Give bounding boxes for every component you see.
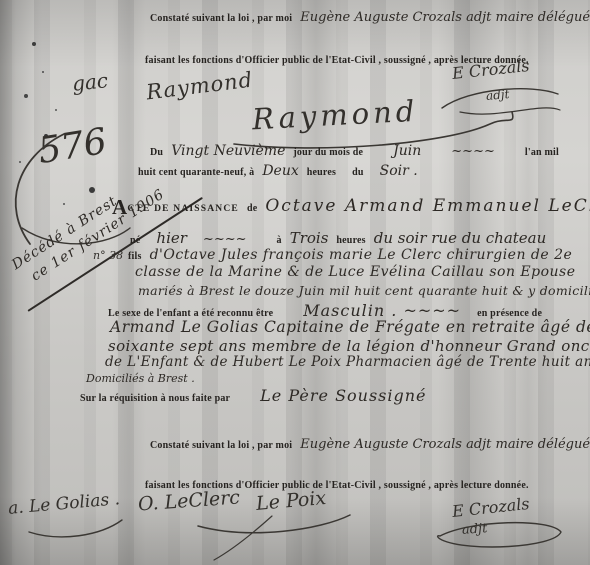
printed-jour-du-mois: jour du mois de <box>293 147 363 158</box>
witness-line-2: soixante sept ans membre de la légion d'… <box>108 337 590 355</box>
printed-du-2: du <box>352 167 364 178</box>
handwritten-time-of-day: Soir . <box>380 163 418 179</box>
requisition-line: Sur la réquisition à nous faite parLe Pè… <box>80 386 427 406</box>
handwritten-month: Juin <box>393 143 421 159</box>
handwritten-father: d'Octave Jules françois marie Le Clerc c… <box>150 247 573 263</box>
handwritten-hier: hier <box>156 229 187 247</box>
witness-line-4: Domiciliés à Brest . <box>86 372 195 385</box>
printed-heures: heures <box>307 167 336 178</box>
signature-crozals-bottom: E Crozals <box>451 494 530 521</box>
ink-specks <box>32 42 36 46</box>
scanned-document: Constaté suivant la loi , par moiEugène … <box>0 0 590 565</box>
parents-line-1: filsd'Octave Jules françois marie Le Cle… <box>128 246 572 264</box>
printed-constate-top: Constaté suivant la loi , par moi <box>150 13 292 24</box>
signature-center-group: O. LeClercLe Poix <box>138 490 326 512</box>
handwritten-birth-hour: Trois <box>290 229 329 247</box>
handwritten-hour: Deux <box>262 163 298 179</box>
date-line-2: huit cent quarante-neuf, àDeuxheuresduSo… <box>138 162 418 180</box>
bottom-certification-line: Constaté suivant la loi , par moiEugène … <box>150 435 590 453</box>
printed-du: Du <box>150 147 163 158</box>
signature-flourish-legolias <box>24 514 128 544</box>
date-line-1: DuVingt Neuvièmejour du mois deJuin~~~~l… <box>150 142 559 160</box>
printed-requisition: Sur la réquisition à nous faite par <box>80 393 230 404</box>
printed-initial-a: A <box>112 195 127 219</box>
printed-a: à <box>277 235 282 246</box>
handwritten-child-name: Octave Armand Emmanuel LeClerc <box>265 196 590 216</box>
witness-line-3: de L'Enfant & de Hubert Le Poix Pharmaci… <box>105 354 590 370</box>
handwritten-requisition: Le Père Soussigné <box>260 386 426 405</box>
printed-fils: fils <box>128 251 142 262</box>
printed-de: de <box>247 203 257 214</box>
signature-crozals-bottom-title: adjt <box>462 521 488 538</box>
printed-huit-cent: huit cent quarante-neuf, à <box>138 167 254 178</box>
parents-line-2: classe de la Marine & de Luce Evélina Ca… <box>135 264 576 280</box>
handwritten-birthplace: du soir rue du chateau <box>374 229 547 247</box>
handwritten-officer-name-top: Eugène Auguste Crozals adjt maire délégu… <box>300 10 590 25</box>
printed-constate-bottom: Constaté suivant la loi , par moi <box>150 440 292 451</box>
squiggle-mark: ~~~~ <box>203 232 247 247</box>
printed-ne: né <box>130 235 140 246</box>
signature-raymond-top: Raymond <box>145 68 254 105</box>
handwritten-day: Vingt Neuvième <box>171 143 285 159</box>
printed-heures-2: heures <box>336 235 365 246</box>
acte-title-line: ACTE DE NAISSANCEdeOctave Armand Emmanue… <box>112 196 590 216</box>
witness-line-1: Armand Le Golias Capitaine de Frégate en… <box>110 318 590 336</box>
signature-flourish-center <box>188 510 363 565</box>
squiggle-mark: ~~~~ <box>451 144 495 159</box>
paraph-signature: gac <box>71 68 109 96</box>
margin-act-number: n° 38 <box>93 249 123 262</box>
printed-lan-mil: l'an mil <box>525 147 559 158</box>
top-certification-line: Constaté suivant la loi , par moiEugène … <box>150 8 590 26</box>
printed-acte-label: CTE DE NAISSANCE <box>127 204 239 214</box>
parents-line-3: mariés à Brest le douze Juin mil huit ce… <box>138 283 590 298</box>
handwritten-officer-name-bottom: Eugène Auguste Crozals adjt maire délégu… <box>300 437 590 452</box>
signature-flourish-crozals-bottom <box>428 518 573 560</box>
